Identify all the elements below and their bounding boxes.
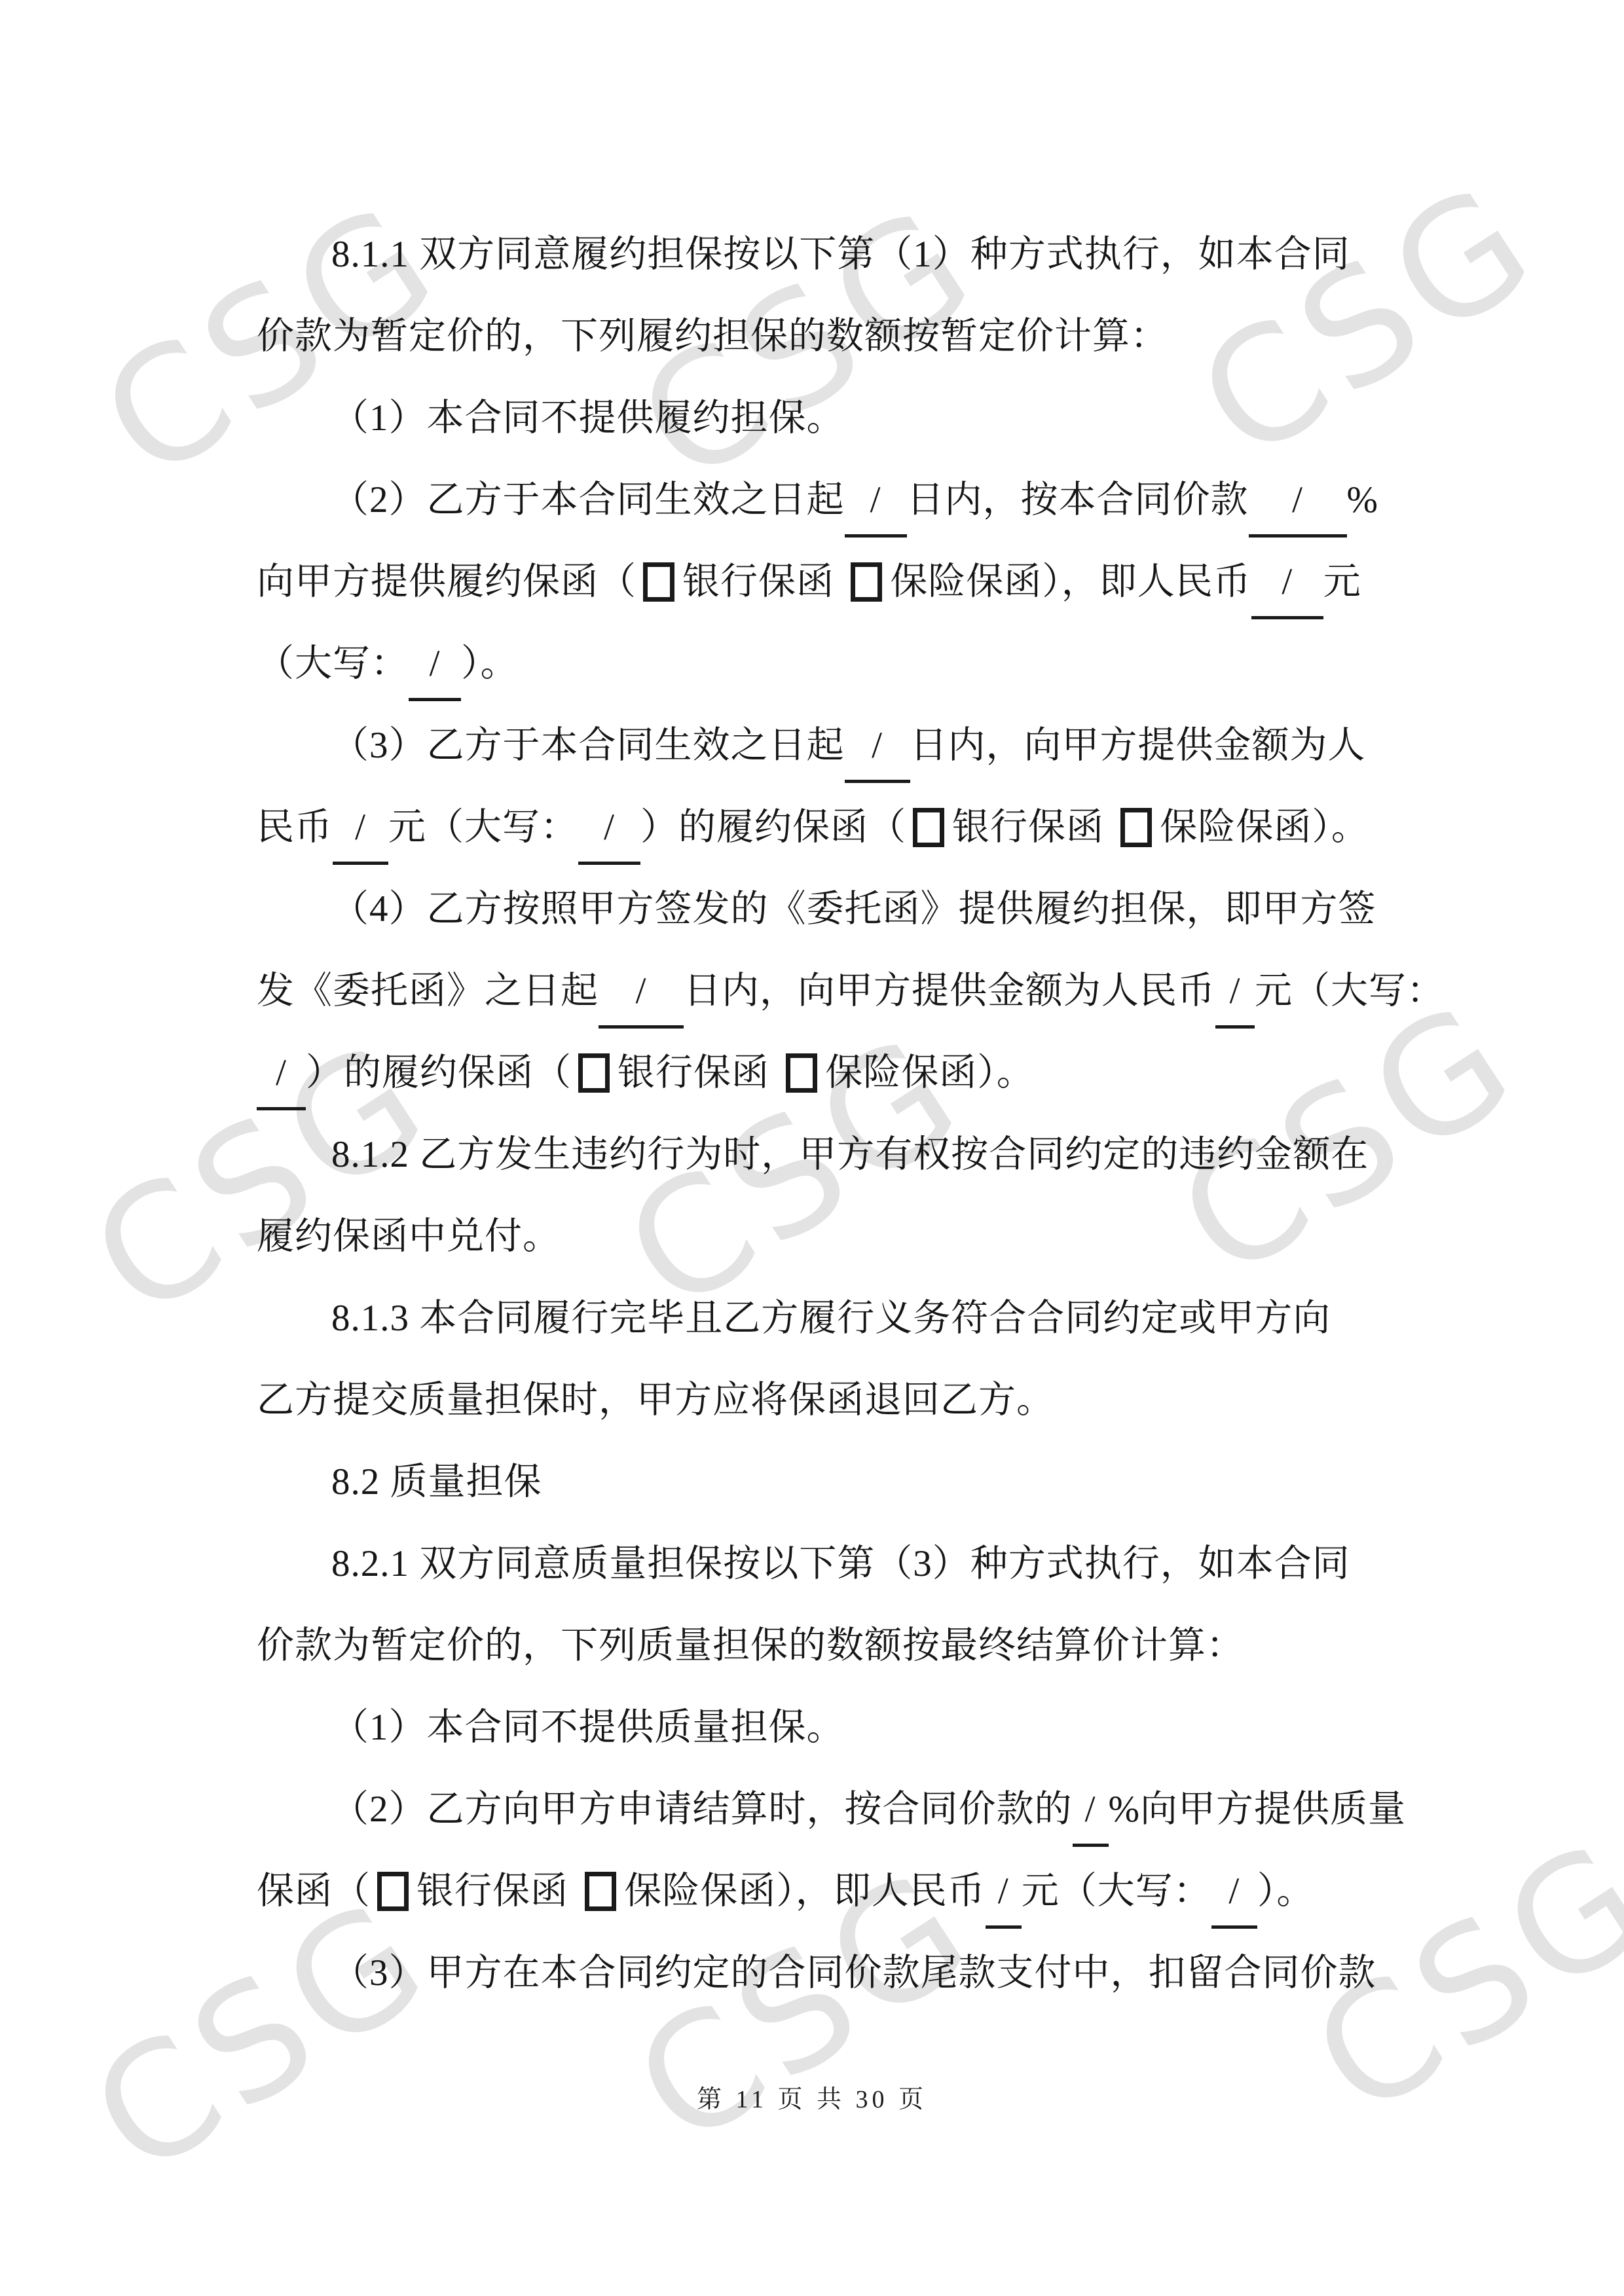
line-text: 保函（ [257,1870,371,1912]
fill-in-blank: / [1073,1778,1109,1847]
line-text: 向甲方提供履约保函（ [257,561,637,602]
line-text: 8.1.2 乙方发生违约行为时，甲方有权按合同约定的违约金额在 [331,1134,1369,1175]
line-text: 乙方提交质量担保时，甲方应将保函退回乙方。 [257,1379,1054,1421]
document-line: 8.2 质量担保 [257,1441,1376,1523]
line-text: （4）乙方按照甲方签发的《委托函》提供履约担保，即甲方签 [331,888,1376,930]
line-text: 民币 [257,807,333,848]
fill-in-blank: / [1251,551,1323,619]
line-text: 银行保函 [682,561,844,602]
line-text: 8.2.1 双方同意质量担保按以下第（3）种方式执行，如本合同 [331,1543,1350,1584]
document-line: （2）乙方于本合同生效之日起/日内，按本合同价款/% [257,459,1376,541]
document-line: 发《委托函》之日起/日内，向甲方提供金额为人民币/元（大写： [257,950,1376,1032]
fill-in-blank: / [845,469,907,538]
checkbox-icon [643,562,674,602]
checkbox-icon [585,1872,616,1911]
line-text: 元（大写： [388,807,578,848]
line-text: 8.2 质量担保 [331,1461,542,1503]
line-text: 价款为暂定价的，下列质量担保的数额按最终结算价计算： [257,1625,1244,1666]
line-text: （2）乙方向甲方申请结算时，按合同价款的 [331,1789,1073,1830]
line-text: % [1347,479,1378,520]
line-text: ）。 [1257,1870,1315,1912]
fill-in-blank: / [1249,469,1347,538]
fill-in-blank: / [1215,960,1255,1029]
fill-in-blank: / [986,1860,1022,1929]
document-line: （1）本合同不提供质量担保。 [257,1686,1376,1768]
document-line: 保函（银行保函 保险保函），即人民币/元（大写：/）。 [257,1850,1376,1932]
document-line: （大写：/）。 [257,623,1376,704]
document-line: 8.1.1 双方同意履约担保按以下第（1）种方式执行，如本合同 [257,213,1376,295]
page-footer: 第 11 页 共 30 页 [0,2079,1624,2115]
line-text: ）的履约保函（ [306,1052,572,1093]
fill-in-blank: / [599,960,684,1029]
line-text: 银行保函 [416,1870,578,1912]
line-text: （3）乙方于本合同生效之日起 [331,725,845,766]
line-text: 元（大写： [1022,1870,1211,1912]
checkbox-icon [786,1053,817,1093]
line-text: %向甲方提供质量 [1109,1789,1406,1830]
checkbox-icon [913,808,944,847]
document-line: 履约保函中兑付。 [257,1195,1376,1277]
line-text: ）的履约保函（ [640,807,906,848]
line-text: 保险保函）。 [1160,807,1369,848]
document-line: 8.1.3 本合同履行完毕且乙方履行义务符合合同约定或甲方向 [257,1277,1376,1359]
line-text: 保险保函），即人民币 [890,561,1251,602]
line-text: （1）本合同不提供履约担保。 [331,397,845,439]
checkbox-icon [851,562,882,602]
document-line: 民币/元（大写：/）的履约保函（银行保函 保险保函）。 [257,786,1376,868]
document-line: （3）甲方在本合同约定的合同价款尾款支付中，扣留合同价款 [257,1932,1376,2014]
line-text: 保险保函），即人民币 [624,1870,986,1912]
line-text: （1）本合同不提供质量担保。 [331,1707,845,1748]
line-text: 银行保函 [618,1052,779,1093]
line-text: 发《委托函》之日起 [257,970,599,1011]
fill-in-blank: / [257,1042,306,1110]
fill-in-blank: / [1211,1860,1257,1929]
line-text: 履约保函中兑付。 [257,1216,561,1257]
checkbox-icon [377,1872,409,1911]
line-text: 日内，向甲方提供金额为人 [910,725,1366,766]
fill-in-blank: / [409,632,461,701]
document-line: （3）乙方于本合同生效之日起/日内，向甲方提供金额为人 [257,704,1376,786]
document-line: 价款为暂定价的，下列质量担保的数额按最终结算价计算： [257,1605,1376,1686]
scanned-contract-page: CSGCSGCSGCSGCSGCSGCSGCSGCSG 8.1.1 双方同意履约… [0,0,1624,2296]
document-line: 8.1.2 乙方发生违约行为时，甲方有权按合同约定的违约金额在 [257,1114,1376,1195]
fill-in-blank: / [578,796,640,865]
fill-in-blank: / [333,796,388,865]
line-text: 银行保函 [952,807,1114,848]
contract-body: 8.1.1 双方同意履约担保按以下第（1）种方式执行，如本合同价款为暂定价的，下… [257,213,1376,2014]
checkbox-icon [1120,808,1152,847]
line-text: 日内，按本合同价款 [907,479,1249,520]
line-text: （3）甲方在本合同约定的合同价款尾款支付中，扣留合同价款 [331,1952,1376,1994]
line-text: ）。 [461,643,519,684]
line-text: 8.1.3 本合同履行完毕且乙方履行义务符合合同约定或甲方向 [331,1298,1331,1339]
document-line: （2）乙方向甲方申请结算时，按合同价款的/%向甲方提供质量 [257,1768,1376,1850]
line-text: 价款为暂定价的，下列履约担保的数额按暂定价计算： [257,316,1168,357]
document-line: 价款为暂定价的，下列履约担保的数额按暂定价计算： [257,295,1376,377]
line-text: 元（大写： [1255,970,1445,1011]
line-text: 元 [1323,561,1361,602]
line-text: （大写： [257,643,409,684]
fill-in-blank: / [845,714,910,783]
document-line: 8.2.1 双方同意质量担保按以下第（3）种方式执行，如本合同 [257,1523,1376,1605]
document-line: （4）乙方按照甲方签发的《委托函》提供履约担保，即甲方签 [257,868,1376,950]
document-line: 向甲方提供履约保函（银行保函 保险保函），即人民币/元 [257,541,1376,623]
line-text: 8.1.1 双方同意履约担保按以下第（1）种方式执行，如本合同 [331,234,1350,275]
line-text: 保险保函）。 [825,1052,1035,1093]
checkbox-icon [578,1053,610,1093]
line-text: 日内，向甲方提供金额为人民币 [684,970,1215,1011]
document-line: /）的履约保函（银行保函 保险保函）。 [257,1032,1376,1114]
document-line: （1）本合同不提供履约担保。 [257,377,1376,459]
line-text: （2）乙方于本合同生效之日起 [331,479,845,520]
document-line: 乙方提交质量担保时，甲方应将保函退回乙方。 [257,1359,1376,1441]
